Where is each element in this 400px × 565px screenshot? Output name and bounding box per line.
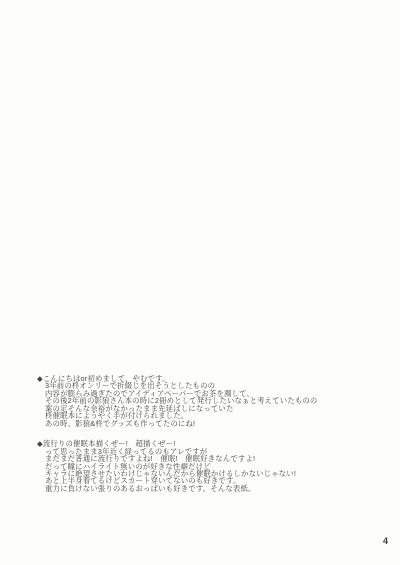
text-line: あの時、影狼&柊でグッズも作ってたのにね! xyxy=(45,420,377,427)
text-line: 重力に負けない張りのあるおっぱいも好きです。そんな表紙。 xyxy=(45,485,377,492)
afterword-text: ◆こんにちはor初めまして、やむです。 3年前の柊オンリーで折綴じを出そうとした… xyxy=(37,375,377,492)
page-number: 4 xyxy=(383,536,388,546)
afterword-paragraph-1: ◆こんにちはor初めまして、やむです。 3年前の柊オンリーで折綴じを出そうとした… xyxy=(37,375,377,427)
afterword-paragraph-2: ◆流行りの催眠本描くぜー! 超描くぜー! って思ったまま3年近く経ってるのもアレ… xyxy=(37,440,377,492)
scanned-page: ◆こんにちはor初めまして、やむです。 3年前の柊オンリーで折綴じを出そうとした… xyxy=(0,0,400,565)
